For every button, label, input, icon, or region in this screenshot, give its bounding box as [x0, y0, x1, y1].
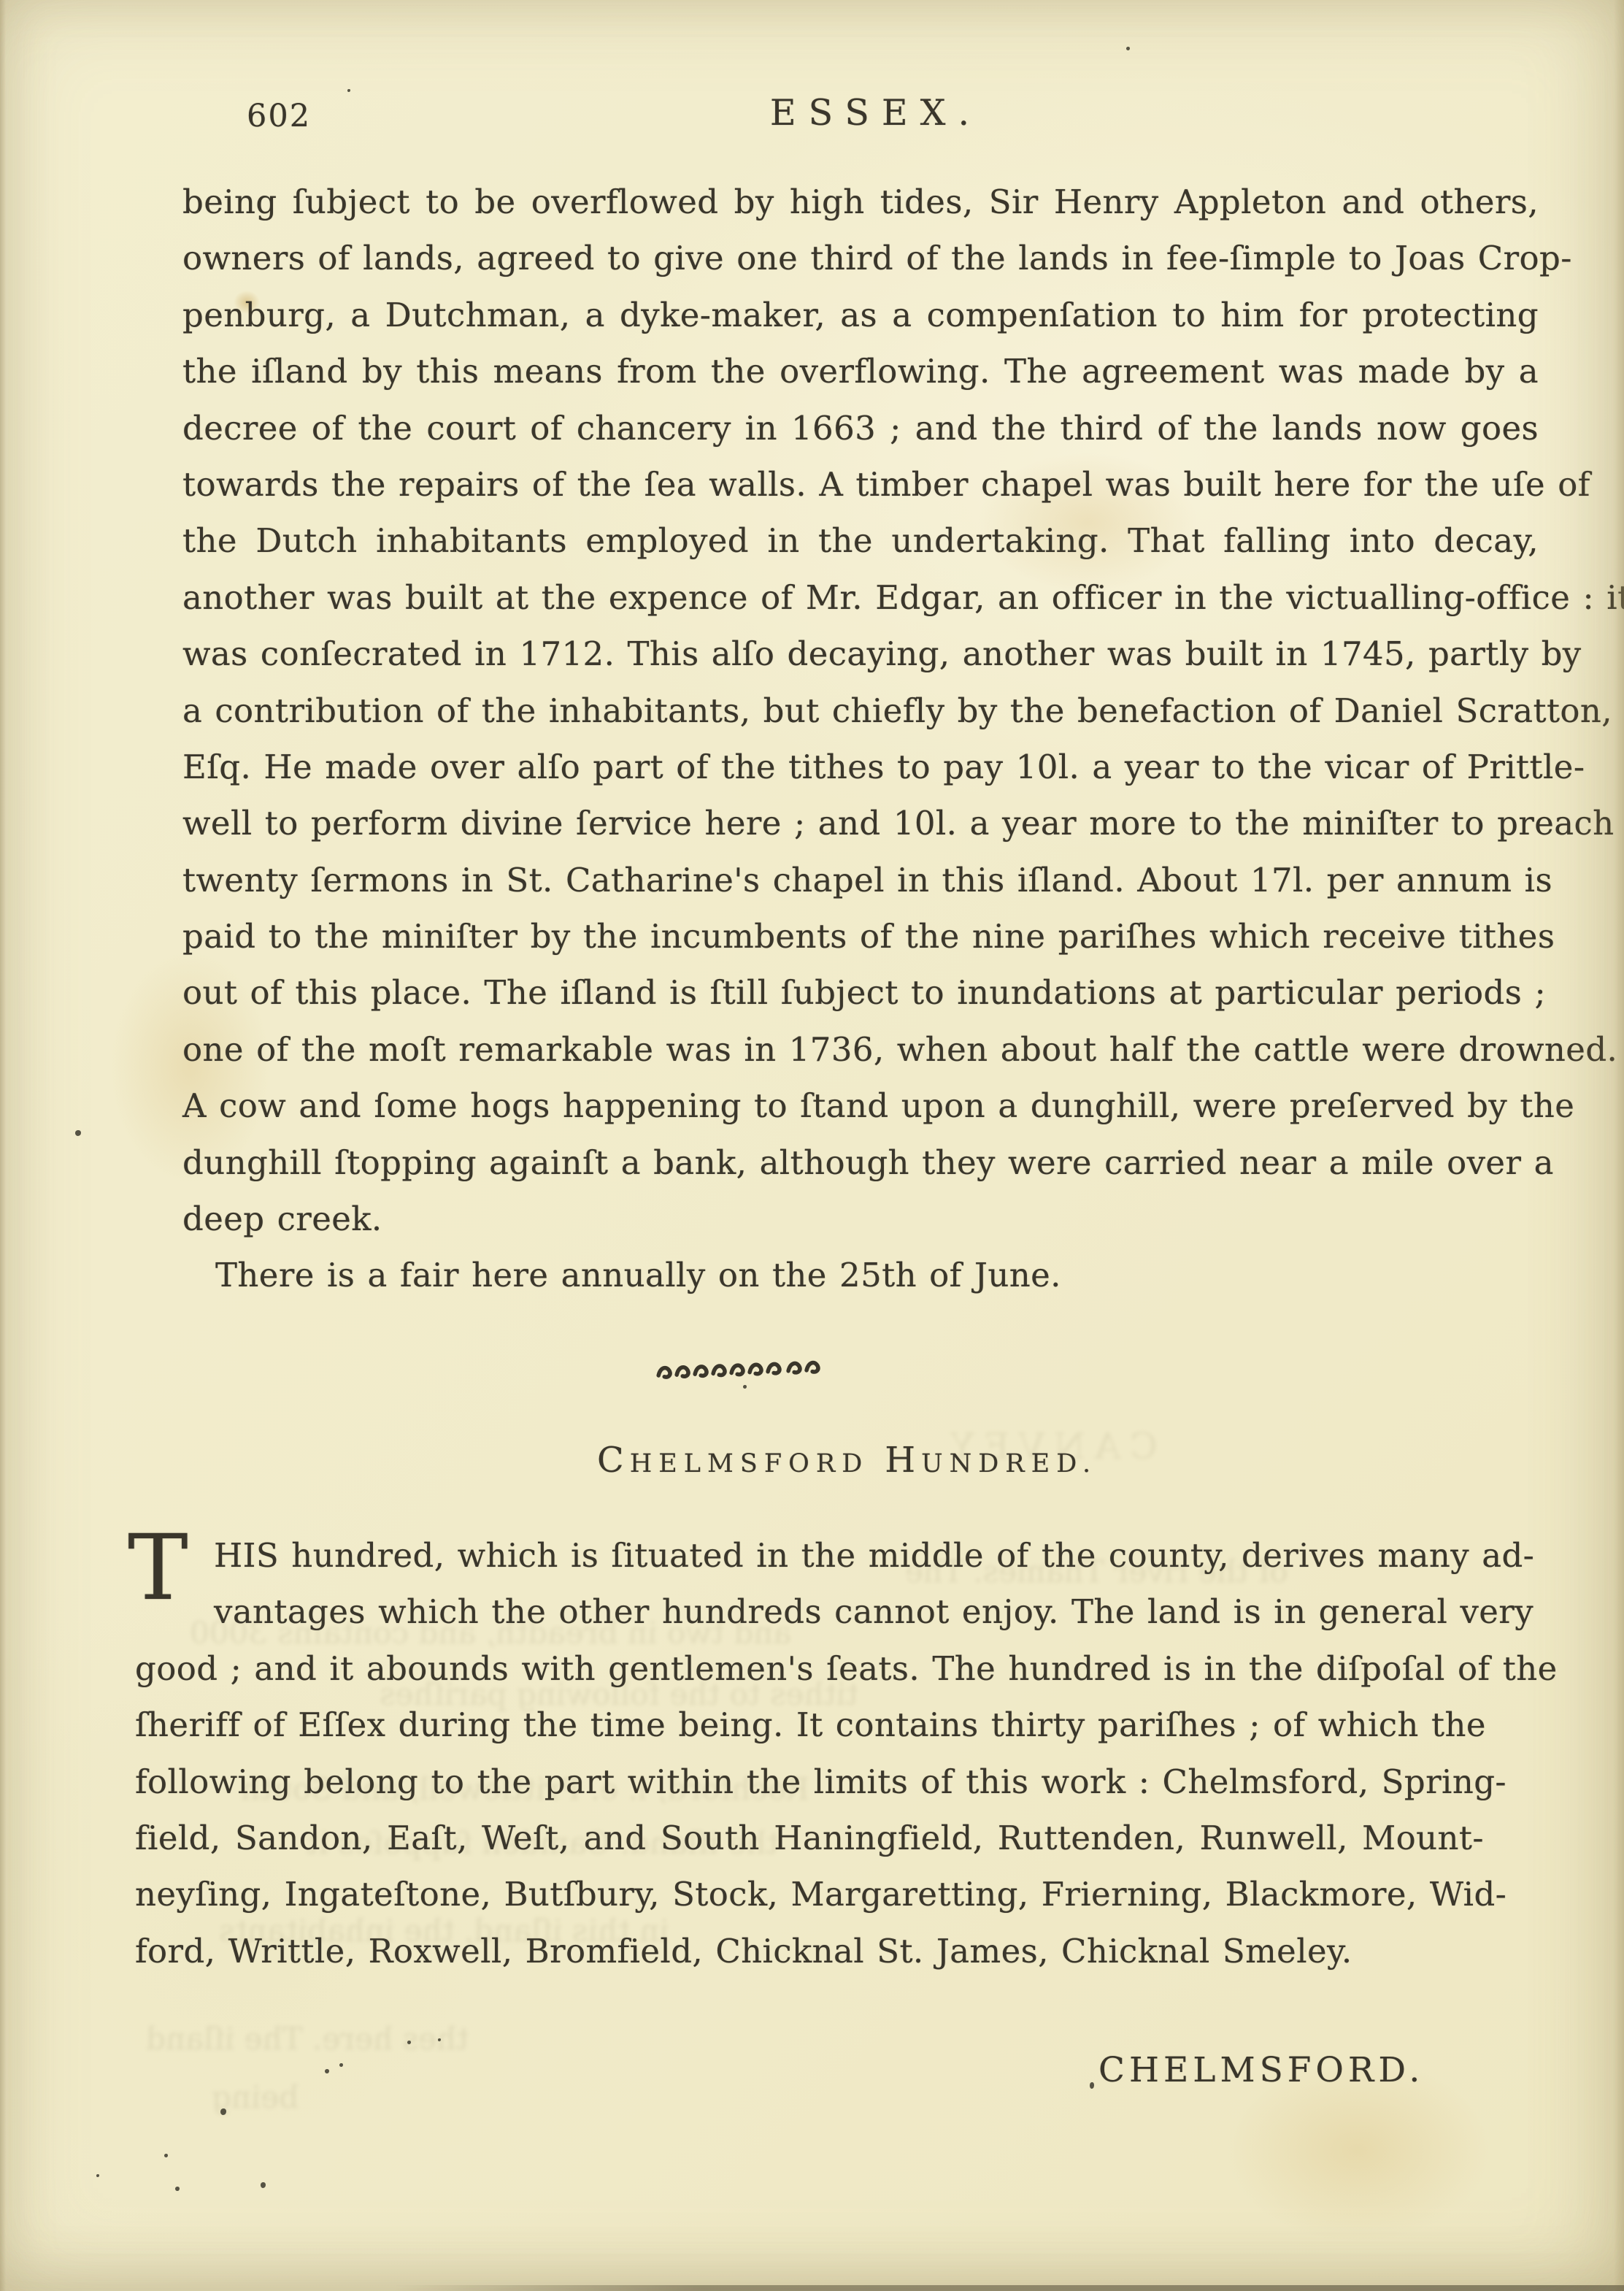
text-line: penburg, a Dutchman, a dyke-maker, as a … [182, 287, 1539, 343]
text-line: ſheriff of Eſſex during the time being. … [135, 1697, 1484, 1753]
heading-smallcaps: UNDRED. [921, 1449, 1097, 1478]
text-line: field, Sandon, Eaſt, Weſt, and South Han… [135, 1810, 1484, 1866]
text-line: one of the moſt remarkable was in 1736, … [182, 1021, 1539, 1078]
ink-speck [1126, 47, 1130, 50]
scan-edge-left [0, 0, 6, 2291]
paragraph-chelmsford-hundred: T HIS hundred, which is ſituated in the … [135, 1527, 1484, 1979]
text-line: well to perform divine ſervice here ; an… [182, 795, 1539, 851]
text-line: out of this place. The iſland is ſtill ſ… [182, 964, 1539, 1021]
page-number: 602 [247, 101, 311, 132]
text-line: HIS hundred, which is ſituated in the mi… [135, 1527, 1484, 1584]
text-line: dunghill ſtopping againſt a bank, althou… [182, 1135, 1539, 1191]
book-page-scan: CANVEY of the river Thames. The and two … [0, 0, 1624, 2291]
text-line: deep creek. [182, 1191, 1539, 1247]
heading-smallcaps: HELMSFORD [630, 1449, 869, 1478]
ink-speck [743, 1385, 747, 1389]
paragraph-canvey-island: being ſubject to be overflowed by high t… [182, 174, 1539, 1304]
ink-speck [407, 2041, 411, 2044]
text-line: Eſq. He made over alſo part of the tithe… [182, 739, 1539, 795]
text-line: following belong to the part within the … [135, 1754, 1484, 1810]
text-line: decree of the court of chancery in 1663 … [182, 400, 1539, 456]
catchword: CHELMSFORD. [1098, 2053, 1424, 2087]
ink-speck [96, 2174, 99, 2177]
text-line: owners of lands, agreed to give one thir… [182, 230, 1539, 286]
ink-speck [1090, 2082, 1094, 2089]
fair-notice-line: There is a fair here annually on the 25t… [215, 1247, 1539, 1303]
section-divider-ornament [655, 1355, 828, 1386]
running-title: ESSEX. [686, 95, 1066, 131]
ink-speck [325, 2069, 329, 2073]
text-line: vantages which the other hundreds cannot… [135, 1584, 1484, 1640]
text-line: twenty ſermons in St. Catharine's chapel… [182, 852, 1539, 908]
text-line: another was built at the expence of Mr. … [182, 569, 1539, 626]
text-line: the iſland by this means from the overfl… [182, 343, 1539, 399]
ink-speck [220, 2108, 226, 2115]
ink-speck [75, 1130, 81, 1136]
text-line: the Dutch inhabitants employed in the un… [182, 513, 1539, 569]
text-line: neyſing, Ingateſtone, Butſbury, Stock, M… [135, 1866, 1484, 1922]
heading-initial: C [597, 1440, 630, 1481]
heading-initial: H [885, 1440, 921, 1481]
ink-speck [438, 2038, 441, 2041]
ink-speck [261, 2182, 266, 2188]
text-line: ford, Writtle, Roxwell, Bromfield, Chick… [135, 1923, 1484, 1979]
ink-speck [175, 2187, 180, 2191]
ink-speck [339, 2063, 343, 2067]
ink-speck [164, 2154, 168, 2157]
ink-speck [347, 89, 350, 92]
drop-cap-letter: T [128, 1523, 188, 1613]
section-heading-chelmsford-hundred: CHELMSFORDHUNDRED. [597, 1443, 886, 1478]
text-line: a contribution of the inhabitants, but c… [182, 683, 1539, 739]
show-through-text: thes here. The iſland [146, 2021, 469, 2057]
scan-edge-right [1614, 0, 1624, 2291]
text-line: towards the repairs of the ſea walls. A … [182, 456, 1539, 513]
text-line: A cow and ſome hogs happening to ſtand u… [182, 1078, 1539, 1134]
scan-edge-bottom [394, 2285, 1624, 2291]
text-line: was conſecrated in 1712. This alſo decay… [182, 626, 1539, 682]
text-line: good ; and it abounds with gentlemen's ſ… [135, 1640, 1484, 1697]
text-line: paid to the miniſter by the incumbents o… [182, 908, 1539, 964]
text-line: being ſubject to be overflowed by high t… [182, 174, 1539, 230]
